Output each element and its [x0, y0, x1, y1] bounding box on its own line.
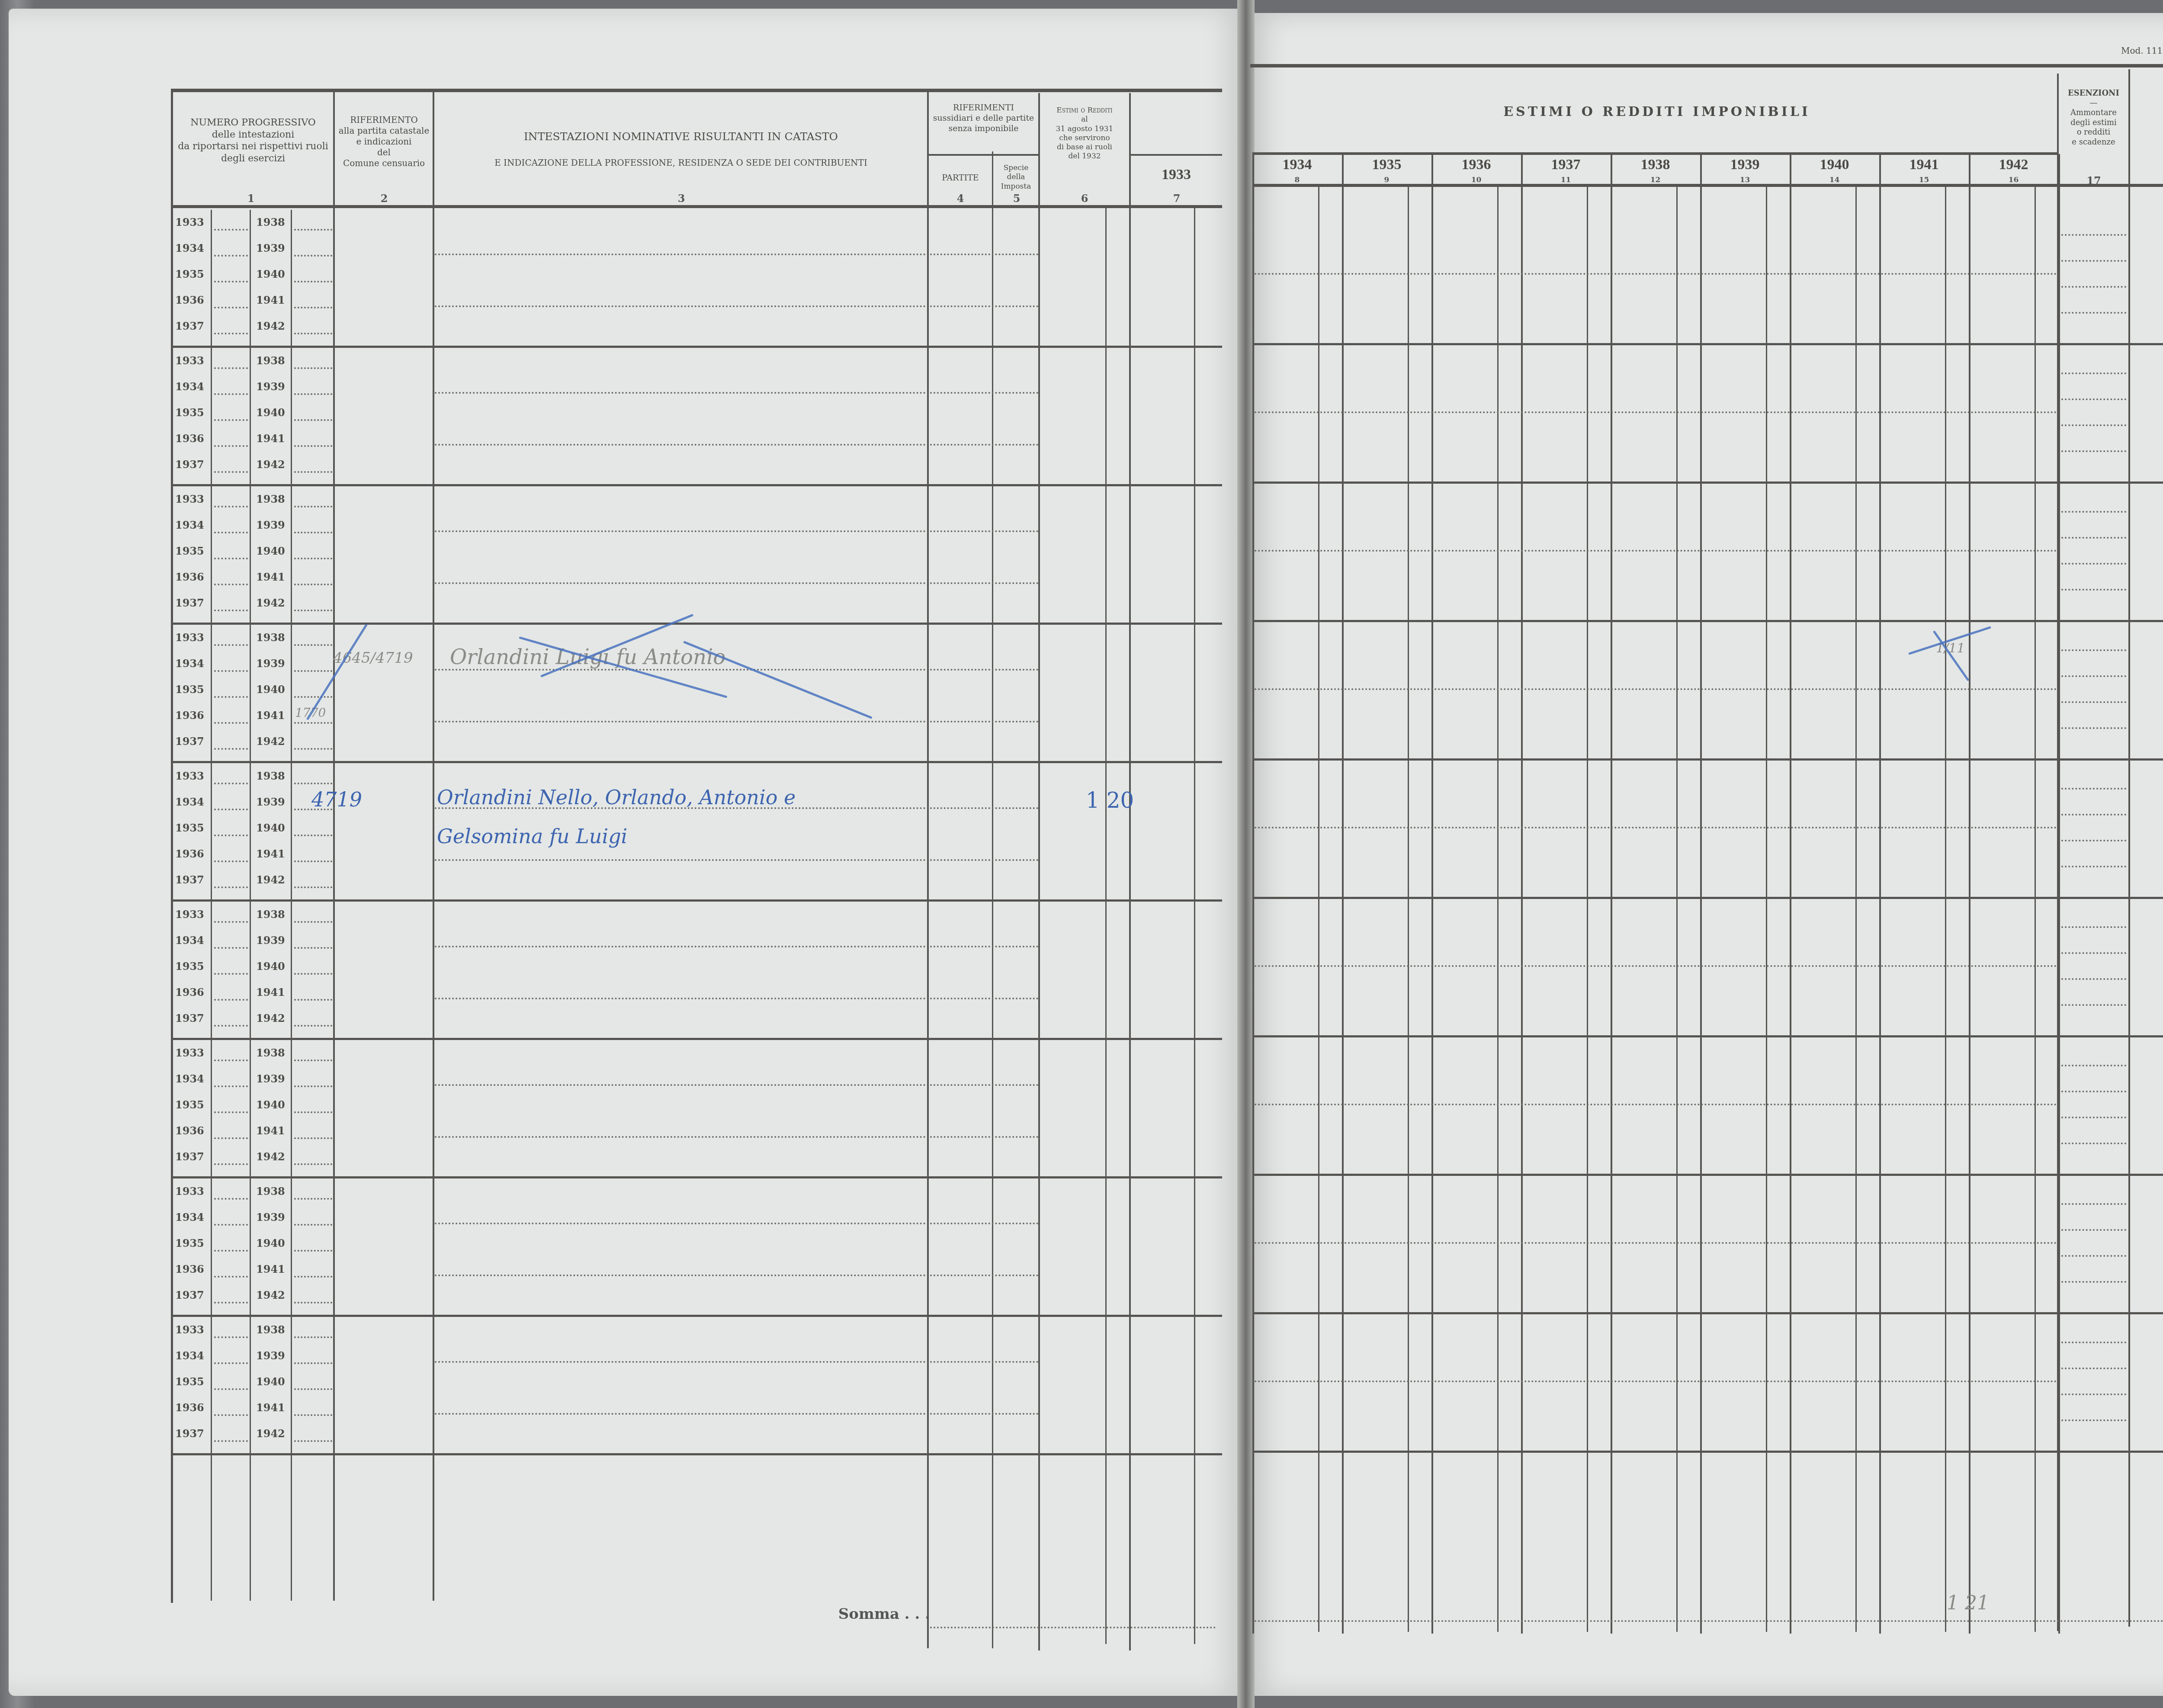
row-rule	[1252, 758, 2163, 761]
column-number: 15	[1916, 176, 1933, 184]
year-left: 1933	[175, 1185, 204, 1198]
dotted-line	[294, 1362, 332, 1364]
dotted-line	[214, 722, 248, 724]
row-rule	[173, 1315, 1222, 1317]
dotted-line	[435, 859, 926, 861]
dotted-line	[294, 1224, 332, 1226]
dotted-line	[2061, 398, 2126, 400]
header-line: senza imponibile	[929, 124, 1038, 134]
row-rule	[1252, 343, 2163, 345]
year-right: 1939	[256, 796, 285, 808]
col-divider	[1879, 154, 1881, 1634]
row-rule	[173, 899, 1222, 902]
table-left-border	[171, 89, 173, 1603]
year-right: 1940	[256, 1237, 285, 1249]
col-divider	[2128, 69, 2130, 1627]
header-estimi-1931: Estimi o Redditi al 31 agosto 1931 che s…	[1040, 106, 1129, 161]
dotted-line	[294, 1025, 332, 1027]
column-number: 12	[1647, 176, 1664, 184]
col-divider	[1194, 208, 1195, 1644]
dotted-line	[294, 367, 332, 369]
dotted-line	[2061, 926, 2126, 928]
dotted-line	[294, 1414, 332, 1416]
dotted-line	[435, 444, 926, 446]
dotted-line	[214, 558, 248, 559]
dotted-line	[294, 393, 332, 395]
header-bottom-rule	[1252, 184, 2163, 187]
dotted-line	[294, 532, 332, 533]
year-right: 1938	[256, 354, 285, 367]
intestazione-line-2: Gelsomina fu Luigi	[437, 825, 627, 848]
year-left: 1934	[175, 519, 204, 531]
dotted-line	[294, 1336, 332, 1338]
dotted-line	[294, 748, 332, 750]
year-left: 1936	[175, 432, 204, 445]
dotted-line	[214, 419, 248, 421]
dotted-line	[2061, 1342, 2126, 1343]
column-number: 5	[1008, 192, 1025, 205]
year-left: 1933	[175, 908, 204, 921]
column-number: 1	[242, 192, 260, 205]
header-riferimenti-sussidiari: RIFERIMENTI sussidiari e delle partite s…	[929, 103, 1038, 134]
sum-col15-value: 1 21	[1947, 1592, 1989, 1614]
row-rule	[1252, 897, 2163, 899]
dotted-line	[435, 998, 926, 999]
row-rule	[173, 1453, 1222, 1455]
year-left: 1933	[175, 493, 204, 505]
year-left: 1933	[175, 216, 204, 228]
year-left: 1935	[175, 960, 204, 973]
dotted-line	[2061, 234, 2126, 236]
dotted-line	[435, 1275, 926, 1276]
dotted-line	[2061, 424, 2126, 426]
row-rule	[173, 1176, 1222, 1178]
dotted-line	[2061, 788, 2126, 790]
col-divider	[291, 210, 292, 1601]
year-label: 1941	[1879, 157, 1969, 173]
dotted-line	[2061, 1229, 2126, 1231]
dotted-line	[214, 1198, 248, 1200]
year-right: 1941	[256, 571, 285, 583]
dotted-line	[2061, 675, 2126, 677]
year-right: 1939	[256, 1211, 285, 1223]
dotted-line	[214, 748, 248, 750]
header-line: di base ai ruoli	[1040, 143, 1129, 152]
dotted-line	[930, 1361, 1038, 1363]
dotted-line	[214, 1388, 248, 1390]
dotted-line	[214, 506, 248, 507]
dotted-line	[214, 532, 248, 533]
year-label: 1934	[1252, 157, 1342, 173]
header-line: 31 agosto 1931	[1040, 125, 1129, 134]
dotted-line	[930, 1413, 1038, 1415]
dotted-line	[435, 1084, 926, 1086]
col-subdivider	[1945, 187, 1946, 1632]
dotted-line	[294, 886, 332, 888]
col-subdivider	[1497, 187, 1499, 1632]
dotted-line	[214, 1362, 248, 1364]
dotted-line	[2061, 1091, 2126, 1092]
col-divider	[927, 91, 929, 1648]
dotted-line	[930, 1627, 1216, 1628]
dotted-line	[214, 281, 248, 283]
dotted-line	[294, 947, 332, 949]
dotted-line	[294, 1250, 332, 1252]
dotted-line	[214, 1085, 248, 1087]
dotted-line	[294, 1388, 332, 1390]
row-rule	[1252, 1451, 2163, 1453]
row-rule	[173, 484, 1222, 486]
year-label: 1936	[1431, 157, 1521, 173]
dotted-line	[294, 670, 332, 672]
year-right: 1942	[256, 1289, 285, 1301]
dotted-line	[294, 1111, 332, 1113]
column-number: 6	[1076, 192, 1093, 205]
header-esenzioni: ESENZIONI — Ammontare degli estimi o red…	[2059, 89, 2128, 147]
year-left: 1936	[175, 986, 204, 998]
dotted-line	[2061, 978, 2126, 980]
col-subdivider	[2035, 187, 2036, 1632]
row-rule	[1252, 1312, 2163, 1314]
table-top-border	[171, 89, 1222, 92]
col-divider	[1129, 93, 1131, 1650]
dotted-line	[1255, 1620, 2163, 1622]
dotted-line	[214, 1440, 248, 1442]
dotted-line	[214, 1414, 248, 1416]
header-line: degli estimi	[2059, 118, 2128, 128]
dotted-line	[435, 721, 926, 722]
year-right: 1941	[256, 848, 285, 860]
year-left: 1934	[175, 657, 204, 670]
dotted-line	[294, 419, 332, 421]
dotted-line	[214, 670, 248, 672]
col-divider	[433, 91, 434, 1601]
dotted-line	[2061, 952, 2126, 954]
dotted-line	[214, 1276, 248, 1278]
dotted-line	[294, 333, 332, 334]
year-left: 1937	[175, 1150, 204, 1163]
dotted-line	[294, 506, 332, 507]
dotted-line	[214, 471, 248, 473]
dotted-line	[2061, 649, 2126, 651]
dotted-line	[214, 584, 248, 585]
dotted-line	[294, 471, 332, 473]
dotted-line	[294, 1163, 332, 1165]
year-right: 1940	[256, 268, 285, 280]
year-right: 1939	[256, 657, 285, 670]
year-right: 1941	[256, 294, 285, 306]
years-header-rule	[1252, 152, 2057, 155]
year-right: 1938	[256, 770, 285, 782]
header-line: e scadenze	[2059, 138, 2128, 148]
dotted-line	[930, 305, 1038, 307]
header-partite: PARTITE	[929, 173, 992, 183]
header-line: Comune censuario	[335, 158, 433, 169]
year-right: 1940	[256, 1098, 285, 1111]
dotted-line	[2061, 1143, 2126, 1144]
year-left: 1934	[175, 1211, 204, 1223]
year-right: 1942	[256, 873, 285, 886]
dotted-line	[2061, 511, 2126, 513]
dotted-line	[435, 582, 926, 584]
dotted-line	[214, 644, 248, 646]
header-title: ESENZIONI	[2059, 89, 2128, 99]
year-left: 1935	[175, 822, 204, 834]
col-divider	[1521, 154, 1523, 1634]
header-line: o redditi	[2059, 128, 2128, 138]
year-right: 1940	[256, 960, 285, 973]
year-right: 1940	[256, 1375, 285, 1388]
dotted-line	[2061, 814, 2126, 815]
col-divider	[1342, 154, 1344, 1634]
column-number: 14	[1826, 176, 1843, 184]
year-left: 1935	[175, 268, 204, 280]
dotted-line	[214, 1137, 248, 1139]
dotted-line	[2061, 450, 2126, 452]
year-right: 1940	[256, 406, 285, 419]
year-left: 1934	[175, 242, 204, 254]
dotted-line	[214, 367, 248, 369]
col-subdivider	[1766, 187, 1767, 1632]
column-number: 11	[1557, 176, 1575, 184]
dotted-line	[930, 392, 1038, 394]
dotted-line	[214, 809, 248, 810]
header-estimi-redditi-imponibili: ESTIMI O REDDITI IMPONIBILI	[1255, 104, 2059, 120]
year-right: 1940	[256, 545, 285, 557]
year-right: 1941	[256, 432, 285, 445]
dotted-line	[294, 1440, 332, 1442]
dotted-line	[294, 835, 332, 836]
dotted-line	[435, 1223, 926, 1224]
dotted-line	[214, 1111, 248, 1113]
dotted-line	[294, 860, 332, 862]
column-number: 3	[673, 192, 690, 205]
subheader-rule	[1129, 154, 1222, 156]
header-title: RIFERIMENTO	[335, 115, 433, 125]
dotted-line	[2061, 1117, 2126, 1118]
dotted-line	[294, 1302, 332, 1303]
year-left: 1935	[175, 406, 204, 419]
dotted-line	[214, 947, 248, 949]
dotted-line	[435, 254, 926, 255]
header-line: Ammontare	[2059, 108, 2128, 118]
col-subdivider	[1408, 187, 1409, 1632]
dotted-line	[214, 1336, 248, 1338]
col-subdivider	[1855, 187, 1857, 1632]
dotted-line	[2061, 372, 2126, 374]
dotted-line	[2061, 1368, 2126, 1369]
year-left: 1936	[175, 1401, 204, 1414]
year-left: 1937	[175, 1012, 204, 1024]
header-bottom-rule	[171, 205, 1222, 208]
header-dash: —	[2059, 99, 2128, 109]
header-year-1933: 1933	[1131, 167, 1222, 183]
column-number: 17	[2085, 174, 2102, 187]
dotted-line	[2061, 1255, 2126, 1257]
dotted-line	[930, 444, 1038, 446]
dotted-line	[2061, 1065, 2126, 1066]
dotted-line	[214, 1163, 248, 1165]
year-right: 1938	[256, 493, 285, 505]
dotted-line	[294, 783, 332, 784]
dotted-line	[214, 1059, 248, 1061]
dotted-line	[294, 307, 332, 308]
header-numero-progressivo: NUMERO PROGRESSIVO delle intestazioni da…	[173, 117, 333, 164]
dotted-line	[2061, 312, 2126, 314]
year-left: 1937	[175, 873, 204, 886]
col-subdivider	[1318, 187, 1319, 1632]
dotted-line	[1255, 1242, 2057, 1244]
col-divider	[2058, 154, 2060, 1634]
year-right: 1941	[256, 1124, 285, 1137]
dotted-line	[294, 281, 332, 283]
row-rule	[1252, 1035, 2163, 1037]
year-right: 1938	[256, 216, 285, 228]
dotted-line	[2061, 1004, 2126, 1006]
year-right: 1938	[256, 1323, 285, 1336]
year-right: 1942	[256, 735, 285, 748]
year-label: 1942	[1969, 157, 2058, 173]
dotted-line	[2061, 1393, 2126, 1395]
dotted-line	[294, 229, 332, 231]
header-title: RIFERIMENTI	[929, 103, 1038, 113]
dotted-line	[930, 1084, 1038, 1086]
year-left: 1935	[175, 545, 204, 557]
year-left: 1937	[175, 735, 204, 748]
year-left: 1936	[175, 1124, 204, 1137]
header-line: delle intestazioni	[173, 129, 333, 141]
dotted-line	[435, 1136, 926, 1138]
year-left: 1937	[175, 1289, 204, 1301]
intestazione-line-1: Orlandini Nello, Orlando, Antonio e	[437, 786, 796, 809]
dotted-line	[2061, 866, 2126, 867]
dotted-line	[2061, 727, 2126, 729]
dotted-line	[435, 1361, 926, 1363]
year-label: 1940	[1790, 157, 1879, 173]
row-rule	[1252, 620, 2163, 622]
year-right: 1941	[256, 986, 285, 998]
col-divider	[211, 210, 212, 1601]
year-left: 1937	[175, 597, 204, 609]
header-line: sussidiari e delle partite	[929, 113, 1038, 124]
column-number: 7	[1168, 192, 1185, 205]
column-number: 9	[1378, 176, 1396, 184]
dotted-line	[930, 807, 1038, 809]
dotted-line	[435, 305, 926, 307]
dotted-line	[294, 1276, 332, 1278]
dotted-line	[2061, 1281, 2126, 1283]
riferimento-partita: 4719	[311, 788, 362, 811]
dotted-line	[214, 1250, 248, 1252]
year-right: 1941	[256, 709, 285, 722]
col-divider	[1611, 154, 1612, 1634]
dotted-line	[1255, 827, 2057, 828]
dotted-line	[214, 255, 248, 257]
dotted-line	[294, 999, 332, 1001]
header-title: Estimi o Redditi	[1040, 106, 1129, 115]
header-line: degli esercizi	[173, 153, 333, 165]
year-left: 1937	[175, 320, 204, 332]
form-model-label: Mod. 111 - Imposte Dirette (Intercalare)…	[2059, 45, 2163, 56]
header-riferimento: RIFERIMENTO alla partita catastale e ind…	[335, 115, 433, 169]
dotted-line	[214, 921, 248, 923]
year-right: 1941	[256, 1263, 285, 1275]
year-left: 1935	[175, 683, 204, 696]
dotted-line	[930, 1223, 1038, 1224]
year-left: 1933	[175, 1323, 204, 1336]
year-label: 1938	[1611, 157, 1700, 173]
header-line: al	[1040, 115, 1129, 124]
dotted-line	[294, 1059, 332, 1061]
year-right: 1940	[256, 683, 285, 696]
row-rule	[173, 761, 1222, 763]
year-right: 1942	[256, 1012, 285, 1024]
year-left: 1936	[175, 294, 204, 306]
dotted-line	[930, 530, 1038, 532]
sum-label: Somma . . .	[800, 1605, 930, 1624]
col-subdivider	[1587, 187, 1588, 1632]
dotted-line	[214, 1025, 248, 1027]
dotted-line	[1255, 688, 2057, 690]
col-divider	[1969, 154, 1970, 1634]
dotted-line	[930, 859, 1038, 861]
dotted-line	[1255, 1104, 2057, 1105]
year-left: 1933	[175, 631, 204, 644]
dotted-line	[435, 392, 926, 394]
dotted-line	[930, 1275, 1038, 1276]
year-right: 1942	[256, 1150, 285, 1163]
year-label: 1935	[1342, 157, 1431, 173]
dotted-line	[1255, 411, 2057, 413]
header-line: da riportarsi nei rispettivi ruoli	[173, 141, 333, 153]
table-top-border	[1250, 64, 2163, 67]
dotted-line	[435, 1413, 926, 1415]
dotted-line	[214, 393, 248, 395]
dotted-line	[2061, 840, 2126, 841]
dotted-line	[2061, 701, 2126, 703]
dotted-line	[930, 721, 1038, 722]
year-left: 1934	[175, 934, 204, 947]
col-divider	[1431, 154, 1433, 1634]
dotted-line	[435, 530, 926, 532]
column-number: 10	[1468, 176, 1485, 184]
year-right: 1939	[256, 1072, 285, 1085]
dotted-line	[214, 783, 248, 784]
year-left: 1934	[175, 1072, 204, 1085]
estimo-1931-value: 1 20	[1086, 788, 1134, 813]
subheader-rule	[927, 154, 1038, 156]
dotted-line	[2061, 537, 2126, 539]
col-divider	[250, 210, 251, 1601]
row-rule	[1252, 1174, 2163, 1176]
row-rule	[173, 1038, 1222, 1040]
dotted-line	[214, 999, 248, 1001]
year-right: 1939	[256, 519, 285, 531]
dotted-line	[294, 644, 332, 646]
dotted-line	[435, 946, 926, 947]
year-right: 1939	[256, 380, 285, 393]
dotted-line	[214, 1302, 248, 1303]
column-number: 16	[2005, 176, 2022, 184]
year-left: 1934	[175, 1349, 204, 1362]
year-left: 1934	[175, 380, 204, 393]
dotted-line	[294, 1198, 332, 1200]
dotted-line	[2061, 1419, 2126, 1421]
year-right: 1938	[256, 1047, 285, 1059]
year-right: 1939	[256, 934, 285, 947]
dotted-line	[214, 835, 248, 836]
dotted-line	[214, 973, 248, 975]
